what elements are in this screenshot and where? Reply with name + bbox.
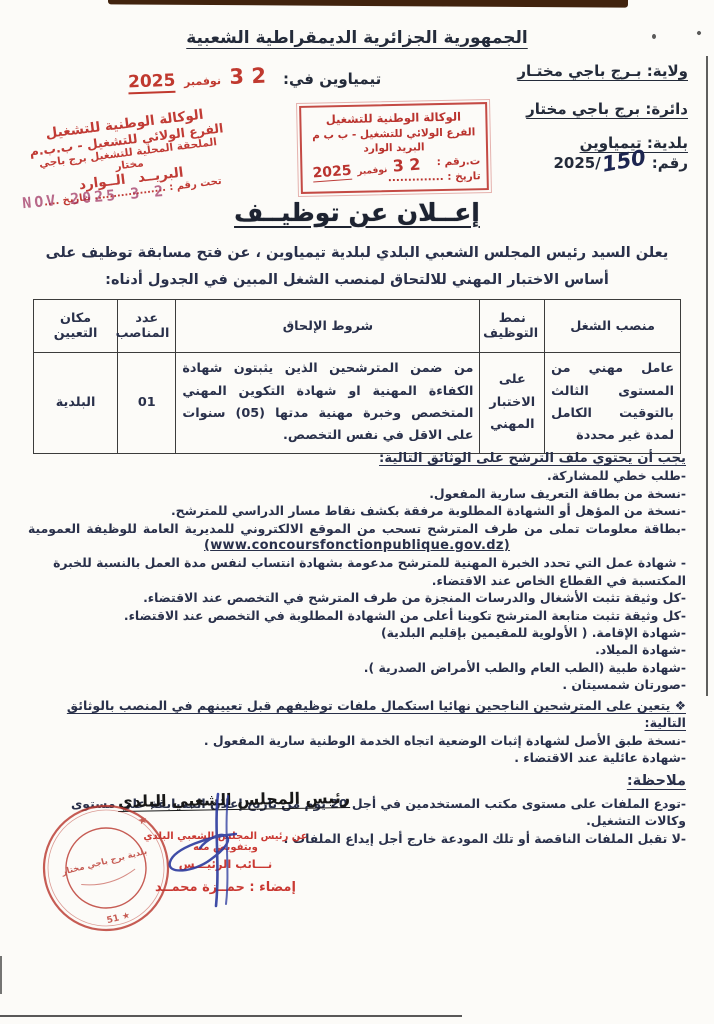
reference-year: /2025 [553,154,600,172]
header-recruitment-mode: نمط التوظيف [480,300,545,353]
announcement-intro: يعلن السيد رئيس المجلس الشعبي البلدي لبل… [30,240,684,294]
daira-line: دائرة: برج باجي مختار [458,100,688,118]
list-item: -شهادة طبية (الطب العام والطب الأمراض ال… [28,659,686,676]
list-item: - شهادة عمل التي تحدد الخبرة المهنية للم… [28,554,686,589]
pen-signature [140,792,270,912]
list-item: -نسخة من المؤهل أو الشهادة المطلوبة مرفق… [28,502,686,519]
header-conditions: شروط الإلحاق [176,300,480,353]
stamp-incoming-mail: البريد الوارد [308,140,480,156]
stamp-branch-line: الفرع الولائي للتشغيل - ب ب م [308,126,480,142]
date-stamp-year: 2025 [128,71,176,95]
header-assignment-place: مكان التعيين [34,300,118,353]
scan-artifact-top-bar [108,0,628,8]
date-stamp-day: 2 3 [229,64,266,89]
announcement-title-text: إعــلان عن توظيــف [234,198,480,227]
list-item: -كل وثيقة تثبت الأشغال والدرسات المنجزة … [28,589,686,606]
cell-positions-count: 01 [118,353,176,454]
content-section: يجب أن يحتوي ملف الترشح على الوثائق التا… [28,450,686,847]
date-stamp: 2 3 نوفمبر 2025 [128,64,267,93]
seal-inner-text: بلدية برج باجي مختار [60,847,148,878]
header-positions-count: عدد المناصب [118,300,176,353]
header-job-position: منصب الشغل [545,300,681,353]
website-url: (www.concoursfonctionpublique.gov.dz) [28,537,686,554]
cell-job-position: عامل مهني من المستوى الثالث بالتوقيت الك… [545,353,681,454]
reference-handwritten-number: 150 [601,152,646,169]
document-page: الجمهورية الجزائرية الديمقراطية الشعبية … [0,0,714,1024]
wilaya-line: ولاية: بـرج باجي مختـار [458,62,688,80]
cell-conditions: من ضمن المترشحين الذين يثبتون شهادة الكف… [176,353,480,454]
stamp-overlay-day: 2 3 [392,155,421,176]
list-item: -شهادة الميلاد. [28,641,686,658]
stamp-agency-name: الوكالة الوطنية للتشغيل [307,109,479,127]
final-docs-heading-text: يتعين على المترشحين الناجحين نهائيا استك… [67,698,686,730]
scan-artifact-bottom-line [0,1015,462,1017]
place-date-label: تيمياوين في: [283,70,381,88]
cell-assignment-place: البلدية [34,353,118,454]
reference-label: رقم: [652,154,688,172]
job-table: منصب الشغل نمط التوظيف شروط الإلحاق عدد … [33,299,681,454]
employment-agency-stamp: الوكالة الوطنية للتشغيل الفرع الولائي لل… [299,102,489,194]
header-right-block: ولاية: بـرج باجي مختـار دائرة: برج باجي … [458,62,688,172]
table-header-row: منصب الشغل نمط التوظيف شروط الإلحاق عدد … [34,300,681,353]
date-stamp-month: نوفمبر [184,74,221,88]
list-item: -طلب خطي للمشاركة. [28,467,686,484]
note-heading: ملاحظة: [28,773,686,790]
cell-recruitment-mode: على الاختبار المهني [480,353,545,454]
republic-title: الجمهورية الجزائرية الديمقراطية الشعبية [0,28,714,48]
documents-heading: يجب أن يحتوي ملف الترشح على الوثائق التا… [28,450,686,467]
list-item: -نسخة من بطاقة التعريف سارية المفعول. [28,485,686,502]
commune-line: بلدية: تيمياوين [458,134,688,152]
seal-bottom-text: ★ 51 [106,911,131,926]
scan-artifact-right-line [706,56,708,696]
list-item: -شهادة عائلية عند الاقتضاء . [28,749,686,766]
table-row: عامل مهني من المستوى الثالث بالتوقيت الك… [34,353,681,454]
list-item: -شهادة الإقامة. ( الأولوية للمقيمين بإقل… [28,624,686,641]
list-item: -صورتان شمسيتان . [28,676,686,693]
list-item: -بطاقة معلومات تملى من طرف المترشح تسحب … [28,520,686,537]
stamp-overlay-year: 2025 [312,163,352,183]
diamond-marker-icon: ❖ [675,698,686,713]
reference-number-line: رقم: 150/2025 [458,154,688,172]
stamp-overlay-month: نوفمبر [357,165,388,177]
final-docs-heading: ❖ يتعين على المترشحين الناجحين نهائيا اس… [28,697,686,732]
announcement-title: إعــلان عن توظيــف [0,198,714,227]
list-item: -كل وثيقة تثبت متابعة المترشح تكوينا أعل… [28,607,686,624]
scan-artifact-left-tick [0,956,2,994]
list-item: -نسخة طبق الأصل لشهادة إثبات الوضعية اتج… [28,732,686,749]
